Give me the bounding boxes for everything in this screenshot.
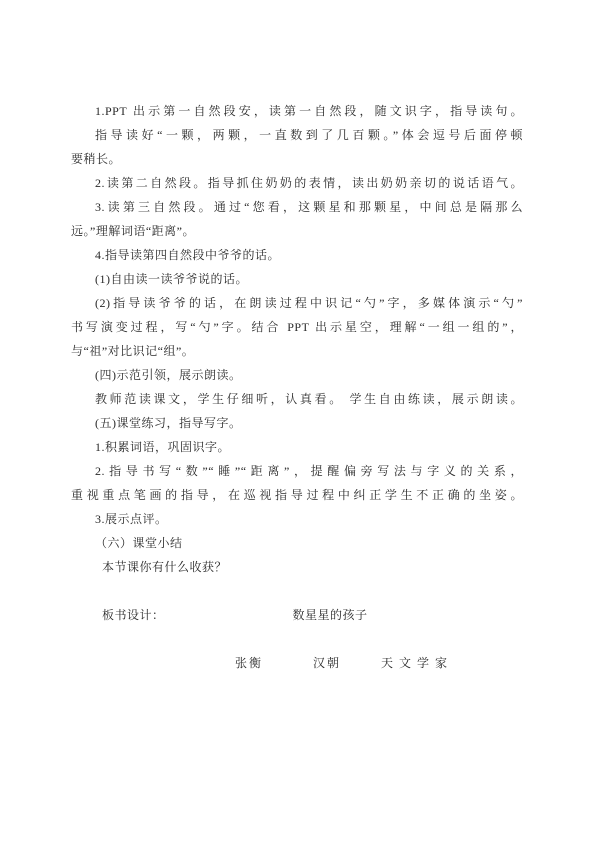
text-line: 1.积累词语，巩固识字。 xyxy=(71,435,523,459)
text-line: 书写演变过程，写“勺”字。结合 PPT 出示星空，理解“一组一组的”， xyxy=(71,315,523,339)
board-design-title: 数星星的孩子 xyxy=(293,608,368,622)
board-entries-line: 张衡汉朝天文学家 xyxy=(71,651,523,675)
text-line: 本节课你有什么收获？ xyxy=(71,555,523,579)
text-line: （六）课堂小结 xyxy=(71,531,523,555)
text-line: 远。”理解词语“距离”。 xyxy=(71,219,523,243)
text-line: (1)自由读一读爷爷说的话。 xyxy=(71,267,523,291)
board-entry: 汉朝 xyxy=(313,656,341,670)
text-line: 教师范读课文，学生仔细听，认真看。 学生自由练读，展示朗读。 xyxy=(71,387,523,411)
board-design-label: 板书设计： xyxy=(102,608,165,622)
text-line: 3.展示点评。 xyxy=(71,507,523,531)
lesson-plan-body: 1.PPT 出示第一自然段安，读第一自然段，随文识字，指导读句。 指导读好“一颗… xyxy=(71,99,523,675)
text-line: 4.指导读第四自然段中爷爷的话。 xyxy=(71,243,523,267)
text-line: 1.PPT 出示第一自然段安，读第一自然段，随文识字，指导读句。 xyxy=(71,99,523,123)
text-line: 指导读好“一颗，两颗，一直数到了几百颗。”体会逗号后面停顿 xyxy=(71,123,523,147)
text-line: 3.读第三自然段。通过“您看，这颗星和那颗星，中间总是隔那么 xyxy=(71,195,523,219)
text-line: (四)示范引领，展示朗读。 xyxy=(71,363,523,387)
text-line: 2.指导书写“数”“睡”“距离”，提醒偏旁写法与字义的关系， xyxy=(71,459,523,483)
board-design-line: 板书设计：数星星的孩子 xyxy=(71,603,523,627)
text-line: 2.读第二自然段。指导抓住奶奶的表情，读出奶奶亲切的说话语气。 xyxy=(71,171,523,195)
text-line: 重视重点笔画的指导，在巡视指导过程中纠正学生不正确的坐姿。 xyxy=(71,483,523,507)
board-entry: 张衡 xyxy=(235,656,263,670)
text-line: 与“祖”对比识记“组”。 xyxy=(71,339,523,363)
blank-line xyxy=(71,627,523,651)
board-entry: 天文学家 xyxy=(381,656,453,670)
document-page: 1.PPT 出示第一自然段安，读第一自然段，随文识字，指导读句。 指导读好“一颗… xyxy=(0,0,595,842)
blank-line xyxy=(71,579,523,603)
text-line: (五)课堂练习，指导写字。 xyxy=(71,411,523,435)
text-line: 要稍长。 xyxy=(71,147,523,171)
text-line: (2)指导读爷爷的话，在朗读过程中识记“勺”字，多媒体演示“勺” xyxy=(71,291,523,315)
